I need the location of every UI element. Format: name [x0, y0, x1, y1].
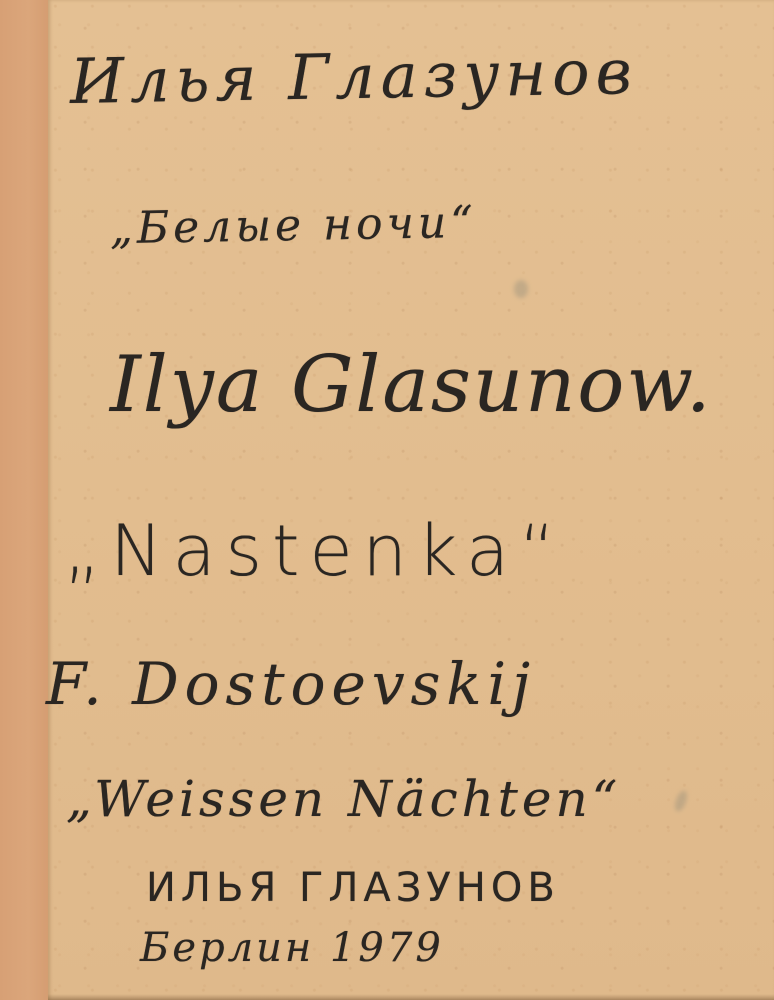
- inscription-artist-name-block: ИЛЬЯ ГЛАЗУНОВ: [146, 865, 560, 911]
- document-sheet: Илья Глазунов „Белые ночи“ Ilya Glasunow…: [0, 0, 774, 1000]
- inscription-artist-name-ru: Илья Глазунов: [69, 35, 638, 118]
- inscription-author: F. Dostoevskij: [46, 650, 536, 718]
- inscription-artist-name-latin: Ilya Glasunow.: [110, 340, 713, 430]
- mount-strip: [0, 0, 48, 1000]
- inscription-title-de: „Weissen Nächten“: [66, 770, 621, 828]
- inscription-title-latin: „Nastenka“: [64, 510, 565, 592]
- paper-bottom-edge: [48, 994, 774, 1000]
- pencil-smudge: [673, 789, 690, 813]
- paper: [48, 0, 774, 1000]
- inscription-title-ru: „Белые ночи“: [110, 197, 478, 254]
- inscription-place-date: Берлин 1979: [140, 925, 444, 971]
- pencil-smudge: [514, 280, 528, 298]
